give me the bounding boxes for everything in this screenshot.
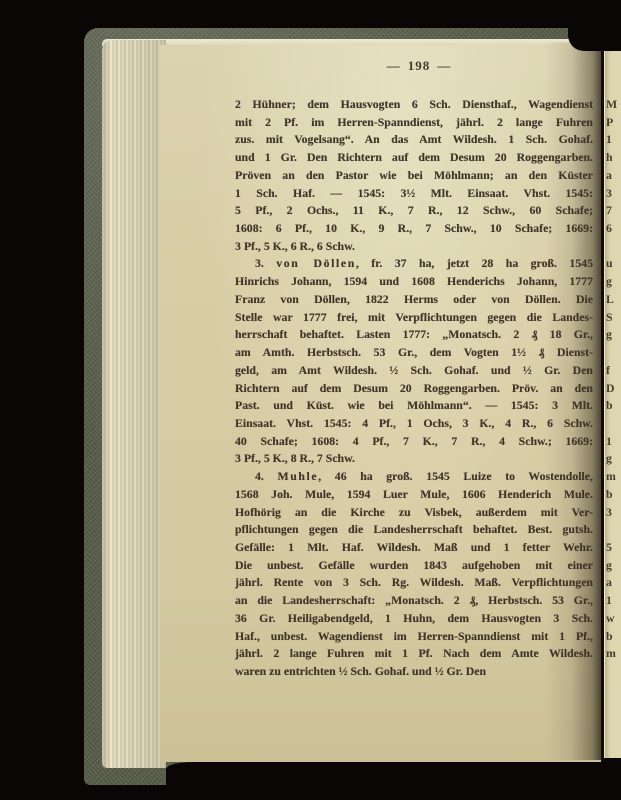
text-line: 4. Muhle, 46 ha groß. 1545 Luize to Wost… <box>235 468 593 486</box>
text-line: mit 2 Pf. im Herren-Spanndienst, jährl. … <box>235 114 593 132</box>
text-line: 1568 Joh. Mule, 1594 Luer Mule, 1606 Hen… <box>235 486 593 504</box>
edge-text-fragment: D <box>606 380 621 398</box>
edge-text-fragment <box>606 415 621 433</box>
text-line: 1 Sch. Haf. — 1545: 3½ Mlt. Einsaat. Vhs… <box>235 185 593 203</box>
text-line: Einsaat. Vhst. 1545: 4 Pf., 1 Ochs, 3 K.… <box>235 415 593 433</box>
edge-text-fragment: 1 <box>606 592 621 610</box>
text-line: 1608: 6 Pf., 10 K., 9 R., 7 Schw., 10 Sc… <box>235 220 593 238</box>
edge-text-fragment: b <box>606 397 621 415</box>
text-line: Pröven an den Pastor wie bei Möhlmann; a… <box>235 167 593 185</box>
text-line: 3 Pf., 5 K., 8 R., 7 Schw. <box>235 450 593 468</box>
edge-text-fragment <box>606 238 621 256</box>
text-line: zus. mit Vogelsang“. An das Amt Wildesh.… <box>235 131 593 149</box>
edge-text-fragment: m <box>606 468 621 486</box>
edge-text-fragment: P <box>606 114 621 132</box>
edge-text-fragment <box>606 663 621 681</box>
text-line: Hofhörig an die Kirche zu Visbek, außerd… <box>235 504 593 522</box>
edge-text-fragment: 1 <box>606 131 621 149</box>
paragraph-head: von Döllen <box>276 256 356 270</box>
edge-text-fragment: a <box>606 167 621 185</box>
text-line: am Amth. Herbstsch. 53 Gr., dem Vogten 1… <box>235 344 593 362</box>
text-line: 36 Gr. Heiligabendgeld, 1 Huhn, dem Haus… <box>235 610 593 628</box>
text-line: 2 Hühner; dem Hausvogten 6 Sch. Dienstha… <box>235 96 593 114</box>
page-number-dash-right: — <box>430 58 458 73</box>
edge-text-fragment <box>606 344 621 362</box>
edge-text-fragment: g <box>606 326 621 344</box>
page-number-dash-left: — <box>380 58 408 73</box>
edge-text-fragment: f <box>606 362 621 380</box>
edge-text-fragment: g <box>606 557 621 575</box>
text-line: Franz von Döllen, 1822 Herms oder von Dö… <box>235 291 593 309</box>
edge-text-fragment: h <box>606 149 621 167</box>
text-line: jährl. Rente von 3 Sch. Rg. Wildesh. Maß… <box>235 574 593 592</box>
text-line: jährl. 2 lange Fuhren mit 1 Pf. Nach dem… <box>235 645 593 663</box>
facing-page-fragments: MP1ha376ugLSgfDb1gmb35ga1wbm <box>606 96 621 681</box>
edge-text-fragment: L <box>606 291 621 309</box>
edge-text-fragment: w <box>606 610 621 628</box>
edge-text-fragment: a <box>606 574 621 592</box>
text-line: 40 Schafe; 1608: 4 Pf., 7 K., 7 R., 4 Sc… <box>235 433 593 451</box>
book-photo: MP1ha376ugLSgfDb1gmb35ga1wbm —198— 2 Hüh… <box>0 0 621 800</box>
text-line: Gefälle: 1 Mlt. Haf. Wildesh. Maß und 1 … <box>235 539 593 557</box>
text-line: und 1 Gr. Den Richtern auf dem Desum 20 … <box>235 149 593 167</box>
text-line: an die Landesherrschaft: „Monatsch. 2 ₰,… <box>235 592 593 610</box>
edge-text-fragment: M <box>606 96 621 114</box>
edge-text-fragment <box>606 521 621 539</box>
text-line: Die unbest. Gefälle wurden 1843 aufgehob… <box>235 557 593 575</box>
edge-text-fragment: 3 <box>606 504 621 522</box>
paragraph-head-rest: , fr. 37 ha, jetzt 28 ha groß. 1545 <box>356 256 593 270</box>
edge-text-fragment: u <box>606 255 621 273</box>
paragraph-head: Muhle <box>277 469 318 483</box>
edge-text-fragment: S <box>606 309 621 327</box>
text-line: pflichtungen gegen die Landesherrschaft … <box>235 521 593 539</box>
edge-text-fragment: 7 <box>606 202 621 220</box>
text-block: 2 Hühner; dem Hausvogten 6 Sch. Dienstha… <box>235 96 593 681</box>
text-line: 5 Pf., 2 Ochs., 11 K., 7 R., 12 Schw., 6… <box>235 202 593 220</box>
page-bottom-shadow <box>166 762 621 800</box>
text-line: herrschaft behaftet. Lasten 1777: „Monat… <box>235 326 593 344</box>
text-line: waren zu entrichten ½ Sch. Gohaf. und ½ … <box>235 663 593 681</box>
spine-top-notch <box>568 26 621 51</box>
page-number-value: 198 <box>408 58 431 73</box>
edge-text-fragment: 1 <box>606 433 621 451</box>
edge-text-fragment: b <box>606 486 621 504</box>
edge-text-fragment: g <box>606 273 621 291</box>
edge-text-fragment: g <box>606 450 621 468</box>
edge-text-fragment: m <box>606 645 621 663</box>
text-line: Hinrichs Johann, 1594 und 1608 Henderich… <box>235 273 593 291</box>
text-line: geld, am Amt Wildesh. ½ Sch. Gohaf. und … <box>235 362 593 380</box>
text-line: Haf., unbest. Wagendienst im Herren-Span… <box>235 628 593 646</box>
paragraph-number: 4. <box>255 469 277 483</box>
text-line: Stelle war 1777 frei, mit Verpflichtunge… <box>235 309 593 327</box>
text-line: Richtern auf dem Desum 20 Roggengarben. … <box>235 380 593 398</box>
edge-text-fragment: 6 <box>606 220 621 238</box>
text-line: 3. von Döllen, fr. 37 ha, jetzt 28 ha gr… <box>235 255 593 273</box>
text-line: 3 Pf., 5 K., 6 R., 6 Schw. <box>235 238 593 256</box>
edge-text-fragment: 5 <box>606 539 621 557</box>
page-fore-edge-stack <box>102 40 166 768</box>
paragraph-head-rest: , 46 ha groß. 1545 Luize to Wostendolle, <box>318 469 593 483</box>
edge-text-fragment: b <box>606 628 621 646</box>
edge-text-fragment: 3 <box>606 185 621 203</box>
page-number: —198— <box>240 58 598 76</box>
text-line: Past. und Küst. wie bei Möhlmann“. — 154… <box>235 397 593 415</box>
paragraph-number: 3. <box>255 256 276 270</box>
